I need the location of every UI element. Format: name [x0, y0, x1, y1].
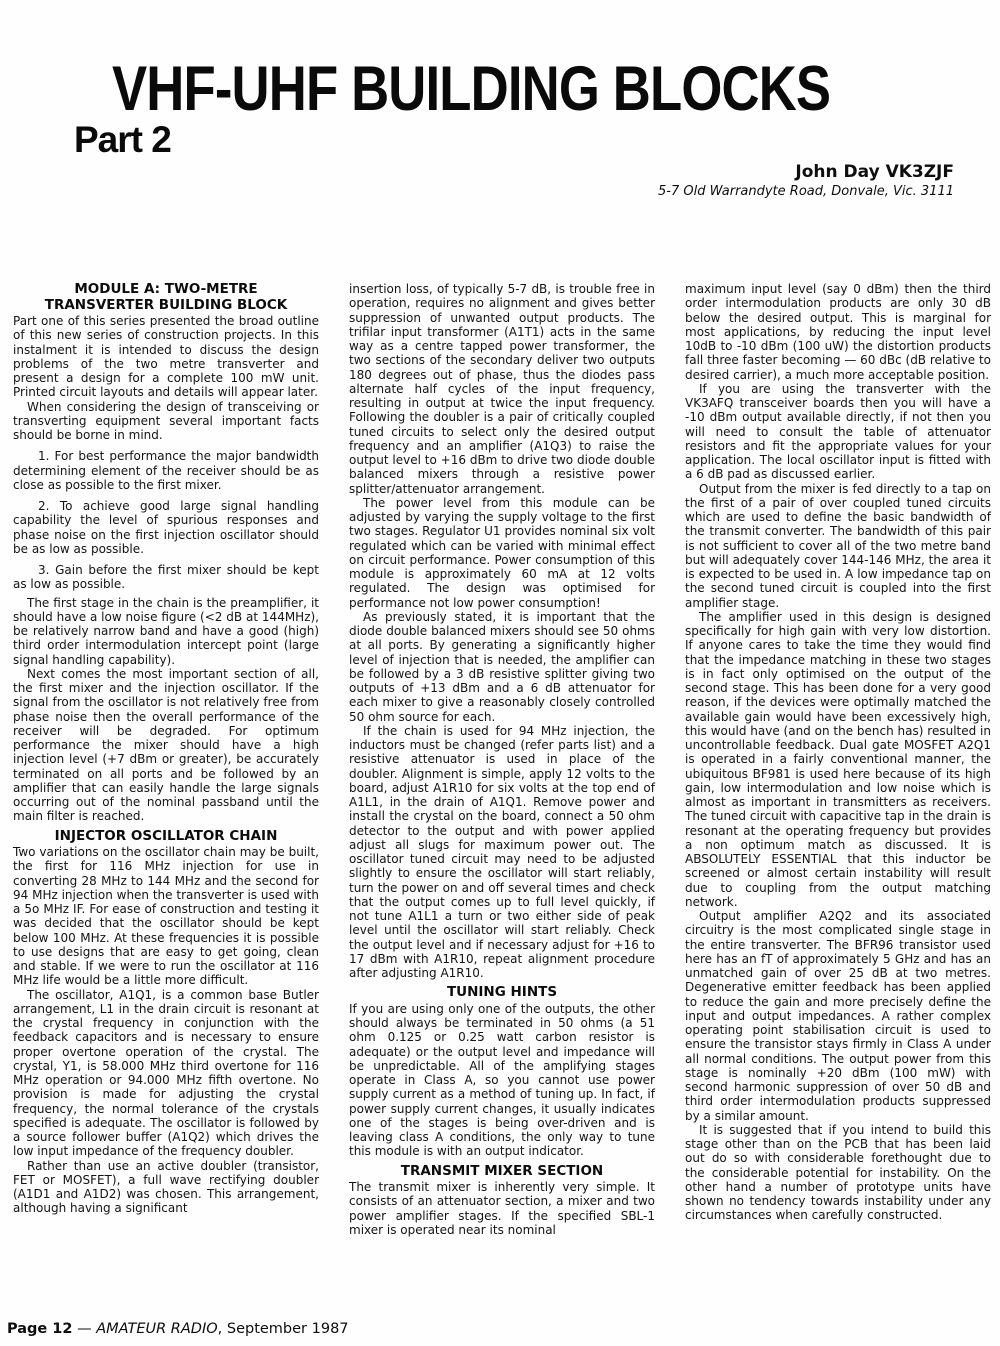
body-paragraph: The power level from this module can be … — [349, 496, 655, 610]
article-title: VHF-UHF BUILDING BLOCKS — [112, 58, 830, 121]
section-heading-tuning-hints: TUNING HINTS — [349, 985, 655, 1001]
body-paragraph: The oscillator, A1Q1, is a common base B… — [13, 988, 319, 1159]
footer-dash: — — [72, 1321, 96, 1337]
section-heading-transmit-mixer-section: TRANSMIT MIXER SECTION — [349, 1164, 655, 1180]
body-paragraph: If you are using the transverter with th… — [685, 382, 991, 482]
page-footer: Page 12 — AMATEUR RADIO, September 1987 — [7, 1321, 349, 1338]
section-heading-injector-oscillator-chain: INJECTOR OSCILLATOR CHAIN — [13, 829, 319, 845]
footer-issue: , September 1987 — [218, 1321, 349, 1337]
body-paragraph: If the chain is used for 94 MHz injectio… — [349, 724, 655, 981]
body-paragraph: The first stage in the chain is the prea… — [13, 596, 319, 667]
magazine-page: VHF-UHF BUILDING BLOCKS Part 2 John Day … — [0, 0, 1000, 1346]
body-paragraph: Next comes the most important section of… — [13, 667, 319, 824]
byline: John Day VK3ZJF 5-7 Old Warrandyte Road,… — [658, 163, 954, 199]
body-paragraph: It is suggested that if you intend to bu… — [685, 1123, 991, 1223]
body-paragraph: Output amplifier A2Q2 and its associated… — [685, 909, 991, 1123]
numbered-item-1: 1. For best performance the major bandwi… — [13, 449, 319, 492]
body-paragraph: Output from the mixer is fed directly to… — [685, 482, 991, 610]
author-name: John Day VK3ZJF — [658, 163, 954, 182]
body-paragraph: insertion loss, of typically 5-7 dB, is … — [349, 282, 655, 496]
body-paragraph: If you are using only one of the outputs… — [349, 1002, 655, 1159]
body-paragraph: Two variations on the oscillator chain m… — [13, 845, 319, 988]
body-paragraph: When considering the design of transceiv… — [13, 400, 319, 443]
column-3: maximum input level (say 0 dBm) then the… — [685, 282, 991, 1237]
page-number: Page 12 — [7, 1321, 72, 1337]
body-paragraph: maximum input level (say 0 dBm) then the… — [685, 282, 991, 382]
body-paragraph: The amplifier used in this design is des… — [685, 610, 991, 909]
magazine-name: AMATEUR RADIO — [96, 1321, 217, 1337]
section-heading-module-a: MODULE A: TWO-METRE TRANSVERTER BUILDING… — [13, 282, 319, 313]
article-body: MODULE A: TWO-METRE TRANSVERTER BUILDING… — [13, 282, 991, 1237]
numbered-item-2: 2. To achieve good large signal handling… — [13, 499, 319, 556]
article-part-label: Part 2 — [74, 121, 171, 158]
numbered-item-3: 3. Gain before the first mixer should be… — [13, 563, 319, 592]
body-paragraph: The transmit mixer is inherently very si… — [349, 1180, 655, 1237]
column-2: insertion loss, of typically 5-7 dB, is … — [349, 282, 655, 1237]
body-paragraph: Rather than use an active doubler (trans… — [13, 1159, 319, 1216]
body-paragraph: As previously stated, it is important th… — [349, 610, 655, 724]
author-address: 5-7 Old Warrandyte Road, Donvale, Vic. 3… — [658, 185, 954, 199]
column-1: MODULE A: TWO-METRE TRANSVERTER BUILDING… — [13, 282, 319, 1237]
body-paragraph: Part one of this series presented the br… — [13, 314, 319, 400]
